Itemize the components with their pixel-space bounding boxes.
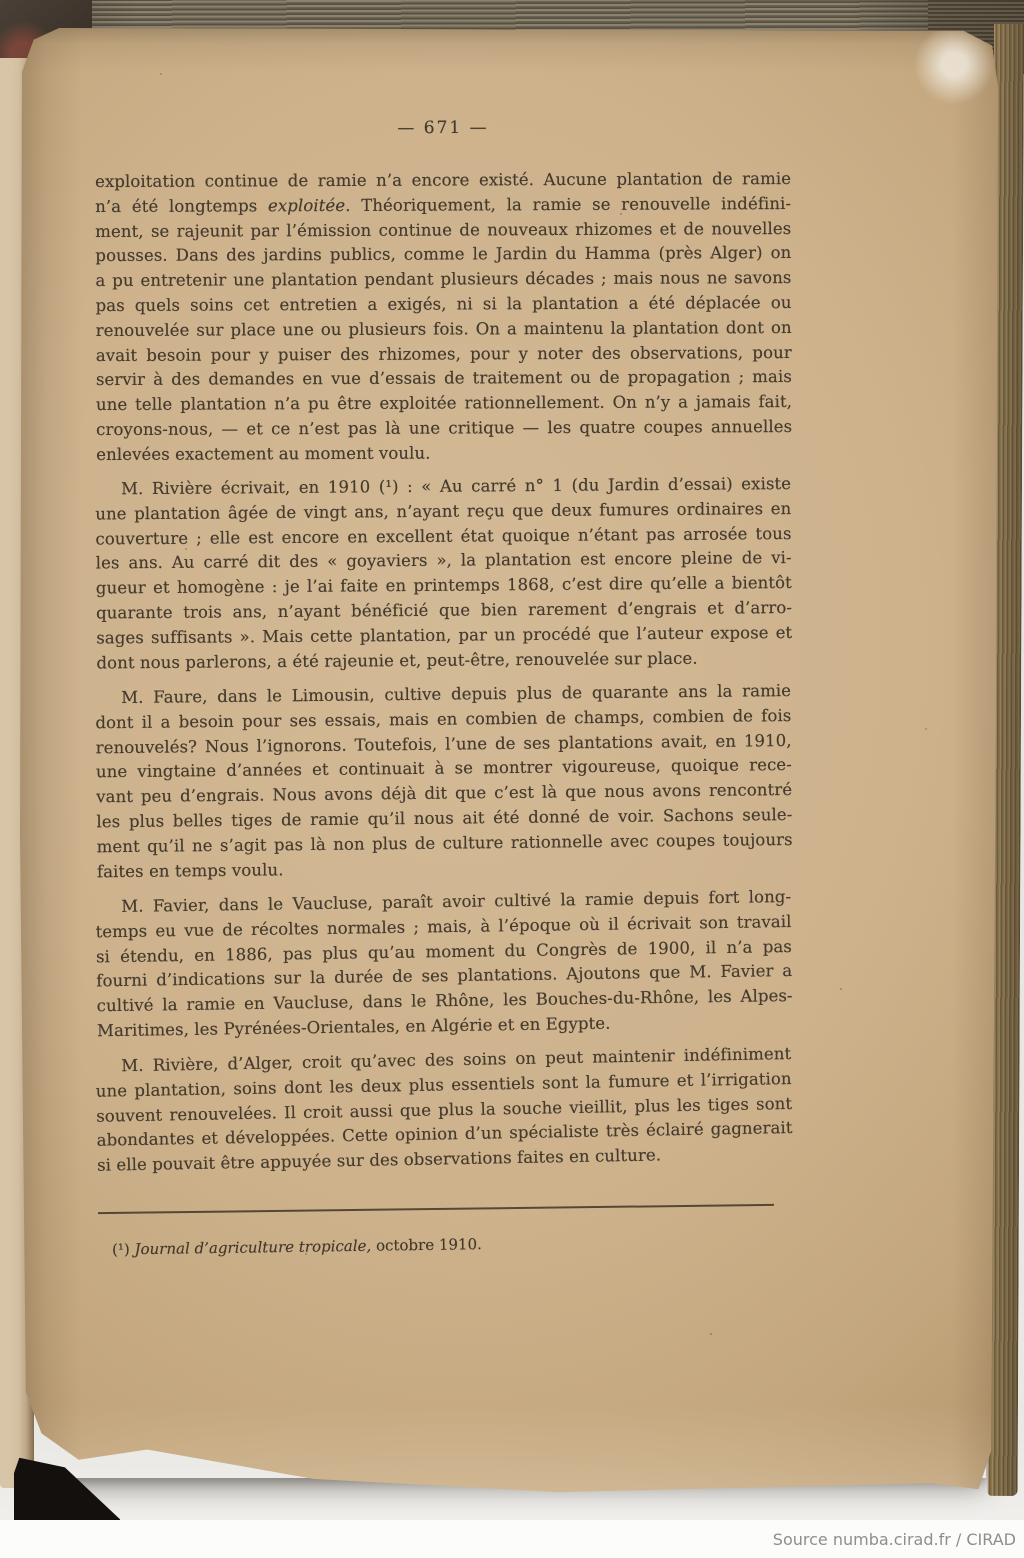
page-number: — 671 — [95, 114, 791, 142]
text-line: ment, se rajeunit par l’émission continu… [95, 216, 791, 244]
text-line: pas quels soins cet entretien a exigés, … [96, 291, 792, 319]
text-line: croyons-nous, — et ce n’est pas là une c… [96, 415, 792, 443]
text-line: n’a été longtemps exploitée. Théoriqueme… [95, 192, 791, 220]
text-line: exploitation continue de ramie n’a encor… [95, 167, 791, 195]
text-line: une telle plantation n’a pu être exploit… [96, 390, 792, 418]
footnote-rule [98, 1204, 774, 1214]
source-credit-text: Source numba.cirad.fr / CIRAD [773, 1530, 1016, 1549]
paragraph: M. Rivière écrivait, en 1910 (¹) : « Au … [95, 472, 793, 676]
book-scan: — 671 — exploitation continue de ramie n… [0, 0, 1024, 1558]
text-line: servir à des demandes en vue d’essais de… [96, 365, 792, 393]
paragraph: exploitation continue de ramie n’a encor… [95, 167, 792, 468]
text-line: enlevées exactement au moment voulu. [96, 440, 792, 468]
text-line: renouvelée sur place une ou plusieurs fo… [96, 316, 792, 344]
source-credit-bar: Source numba.cirad.fr / CIRAD [0, 1520, 1024, 1558]
page-number-text: — 671 — [397, 118, 488, 138]
text-block: — 671 — exploitation continue de ramie n… [95, 116, 791, 1174]
text-line: pousses. Dans des jardins publics, comme… [95, 241, 791, 269]
text-line: dont nous parlerons, a été rajeunie et, … [96, 646, 792, 676]
text-line: avait besoin pour y puiser des rhizomes,… [96, 340, 792, 368]
paragraph: M. Rivière, d’Alger, croit qu’avec des s… [95, 1042, 793, 1179]
body-paragraphs: exploitation continue de ramie n’a encor… [95, 167, 791, 1166]
text-line: a pu entretenir une plantation pendant p… [95, 266, 791, 294]
page: — 671 — exploitation continue de ramie n… [20, 28, 998, 1495]
paragraph: M. Favier, dans le Vaucluse, paraît avoi… [95, 885, 793, 1044]
footnote: (¹) Journal d’agriculture tropicale, oct… [112, 1231, 732, 1258]
paragraph: M. Faure, dans le Limousin, cultive depu… [95, 679, 793, 885]
